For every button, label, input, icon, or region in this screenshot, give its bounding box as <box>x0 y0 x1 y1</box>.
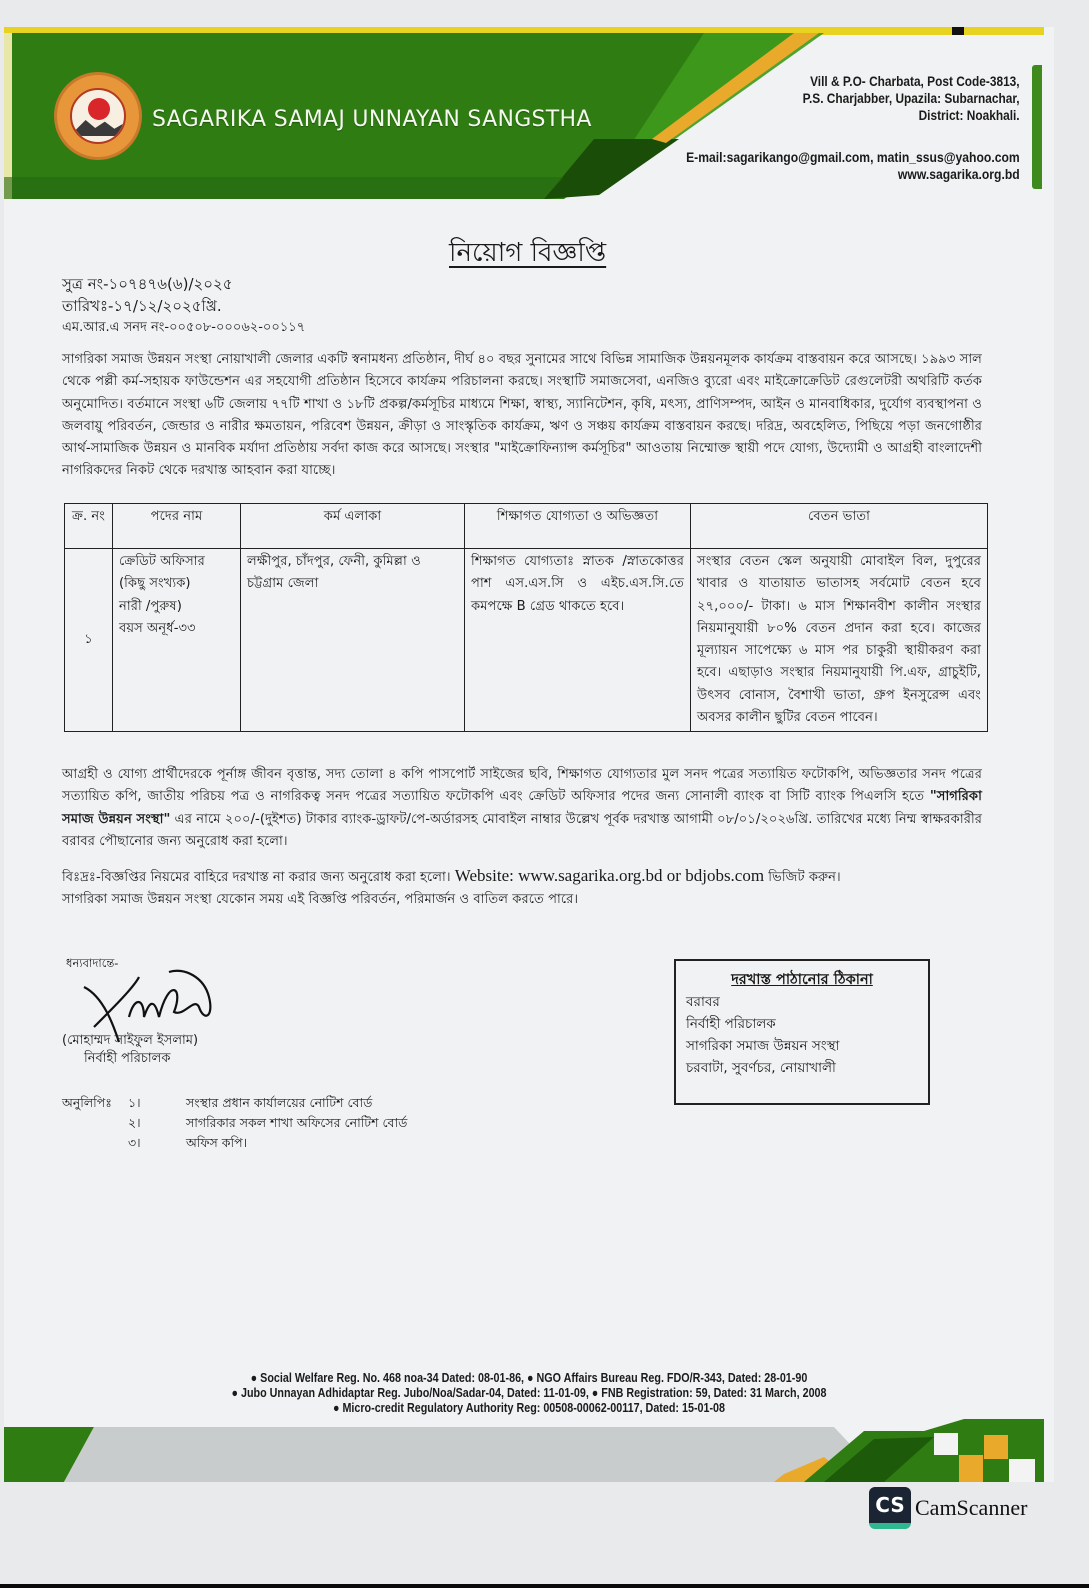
scanned-page: SAGARIKA SAMAJ UNNAYAN SANGSTHA Vill & P… <box>4 27 1054 1482</box>
bottom-edge <box>0 1584 1089 1588</box>
org-website: www.sagarika.org.bd <box>686 166 1020 183</box>
decorative-bar <box>1032 65 1042 189</box>
camscanner-logo-icon: CS <box>869 1487 911 1529</box>
col-area: কর্ম এলাকা <box>241 504 465 549</box>
org-name: SAGARIKA SAMAJ UNNAYAN SANGSTHA <box>152 107 592 132</box>
intro-paragraph: সাগরিকা সমাজ উন্নয়ন সংস্থা নোয়াখালী জে… <box>62 349 982 483</box>
table-row: ১ ক্রেডিট অফিসার (কিছু সংখ্যক) নারী /পুর… <box>65 549 988 732</box>
camscanner-label: CamScanner <box>915 1495 1027 1521</box>
notice-date: তারিখঃ-১৭/১২/২০২৫খ্রি. <box>62 295 305 317</box>
mra-certificate: এম.আর.এ সনদ নং-০০৫০৮-০০০৬২-০০১১৭ <box>62 317 305 339</box>
application-address-box: দরখাস্ত পাঠানোর ঠিকানা বরাবর নির্বাহী পর… <box>674 959 930 1105</box>
camscanner-watermark: CS CamScanner <box>869 1487 1027 1529</box>
footer-banner-graphic <box>4 1419 1054 1482</box>
copies-label: অনুলিপিঃ <box>62 1093 132 1113</box>
reference-number: সুত্র নং-১০৭৪৭৬(৬)/২০২৫ <box>62 273 305 295</box>
org-emblem-icon <box>54 72 142 160</box>
letterhead: SAGARIKA SAMAJ UNNAYAN SANGSTHA Vill & P… <box>4 27 1054 227</box>
notice-title: নিয়োগ বিজ্ঞপ্তি <box>449 232 606 276</box>
list-item: ২।সাগরিকার সকল শাখা অফিসের নোটিশ বোর্ড <box>128 1113 407 1133</box>
org-contact: E-mail:sagarikango@gmail.com, matin_ssus… <box>686 149 1020 183</box>
cell-qualification: শিক্ষাগত যোগ্যতাঃ স্নাতক /স্নাতকোত্তর পা… <box>465 549 691 732</box>
cell-serial: ১ <box>65 549 113 732</box>
signatory-designation: নির্বাহী পরিচালক <box>84 1049 170 1070</box>
org-address: Vill & P.O- Charbata, Post Code-3813, P.… <box>803 73 1020 124</box>
col-serial: ক্র. নং <box>65 504 113 549</box>
cell-area: লক্ষীপুর, চাঁদপুর, ফেনী, কুমিল্লা ও চট্ট… <box>241 549 465 732</box>
application-paragraph: আগ্রহী ও যোগ্য প্রার্থীদেরকে পূর্নাঙ্গ জ… <box>62 764 982 853</box>
cell-salary: সংস্থার বেতন স্কেল অনুযায়ী মোবাইল বিল, … <box>691 549 988 732</box>
col-salary: বেতন ভাতা <box>691 504 988 549</box>
note: বিঃদ্রঃ-বিজ্ঞপ্তির নিয়মের বাহিরে দরখাস্… <box>62 865 992 912</box>
org-email: E-mail:sagarikango@gmail.com, matin_ssus… <box>686 149 1020 166</box>
col-post: পদের নাম <box>113 504 241 549</box>
table-header-row: ক্র. নং পদের নাম কর্ম এলাকা শিক্ষাগত যোগ… <box>65 504 988 549</box>
notice-meta: সুত্র নং-১০৭৪৭৬(৬)/২০২৫ তারিখঃ-১৭/১২/২০২… <box>62 273 305 339</box>
list-item: ৩।অফিস কপি। <box>128 1133 247 1153</box>
registration-info: ● Social Welfare Reg. No. 468 noa-34 Dat… <box>4 1371 1054 1416</box>
list-item: ১।সংস্থার প্রধান কার্যালয়ের নোটিশ বোর্ড <box>128 1093 372 1113</box>
cell-post: ক্রেডিট অফিসার (কিছু সংখ্যক) নারী /পুরুষ… <box>113 549 241 732</box>
job-table: ক্র. নং পদের নাম কর্ম এলাকা শিক্ষাগত যোগ… <box>64 503 988 732</box>
col-qualification: শিক্ষাগত যোগ্যতা ও অভিজ্ঞতা <box>465 504 691 549</box>
address-box-heading: দরখাস্ত পাঠানোর ঠিকানা <box>686 969 918 991</box>
website-reference: Website: www.sagarika.org.bd or bdjobs.c… <box>455 866 764 885</box>
